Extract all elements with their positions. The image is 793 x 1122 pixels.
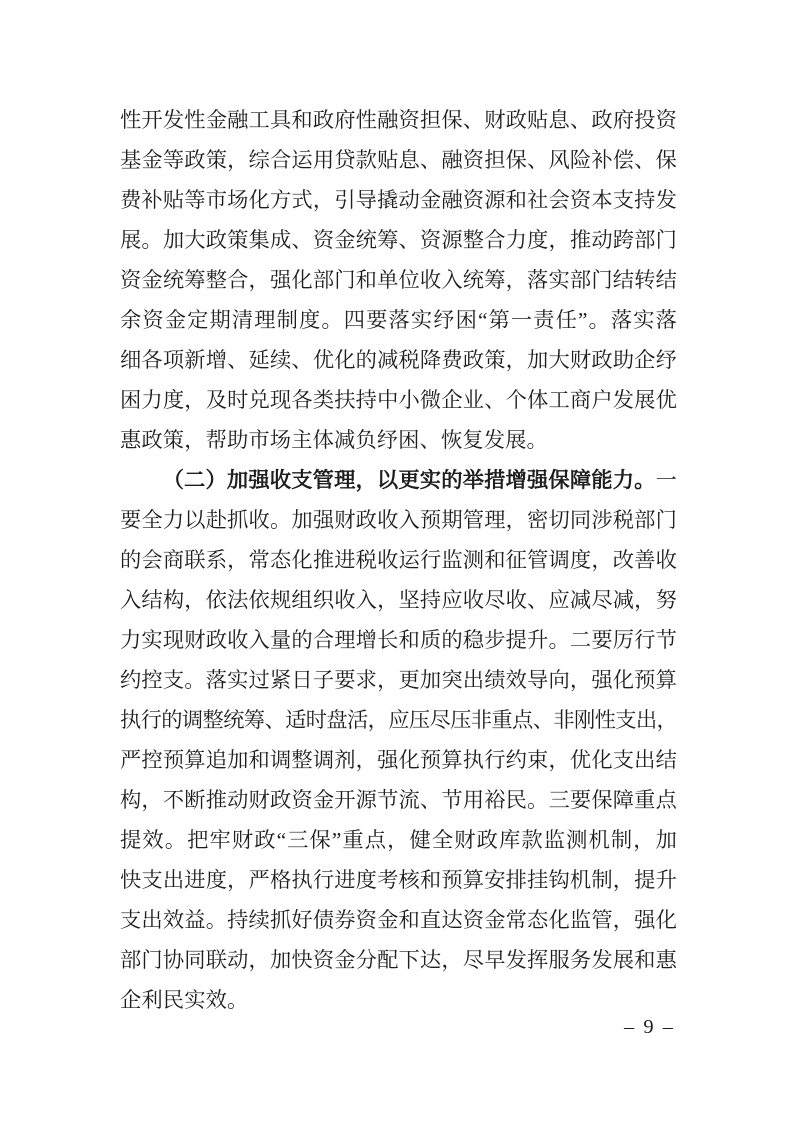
paragraph1-line: 困力度，及时兑现各类扶持中小微企业、个体工商户发展优 (120, 380, 677, 420)
paragraph2-line: 要全力以赴抓收。加强财政收入预期管理，密切同涉税部门 (120, 500, 677, 540)
paragraph1-line: 性开发性金融工具和政府性融资担保、财政贴息、政府投资 (120, 100, 677, 140)
section-heading-tail: 一 (656, 468, 677, 492)
paragraph1-line: 费补贴等市场化方式，引导撬动金融资源和社会资本支持发 (120, 180, 677, 220)
paragraph2-line: 力实现财政收入量的合理增长和质的稳步提升。二要厉行节 (120, 620, 677, 660)
page-number: – 9 – (624, 1015, 675, 1039)
paragraph1-line: 基金等政策，综合运用贷款贴息、融资担保、风险补偿、保 (120, 140, 677, 180)
paragraph1-line: 细各项新增、延续、优化的减税降费政策，加大财政助企纾 (120, 340, 677, 380)
section-heading-bold: （二）加强收支管理，以更实的举措增强保障能力。 (163, 468, 656, 492)
paragraph2-line: 部门协同联动，加快资金分配下达，尽早发挥服务发展和惠 (120, 940, 677, 980)
paragraph2-line: 构，不断推动财政资金开源节流、节用裕民。三要保障重点 (120, 780, 677, 820)
paragraph2-line: 入结构，依法依规组织收入，坚持应收尽收、应减尽减，努 (120, 580, 677, 620)
paragraph2-line: 快支出进度，严格执行进度考核和预算安排挂钩机制，提升 (120, 860, 677, 900)
paragraph2-line: 支出效益。持续抓好债券资金和直达资金常态化监管，强化 (120, 900, 677, 940)
paragraph2-line: 严控预算追加和调整调剂，强化预算执行约束，优化支出结 (120, 740, 677, 780)
paragraph1-last-line: 惠政策，帮助市场主体减负纾困、恢复发展。 (120, 420, 677, 460)
paragraph2-line: 约控支。落实过紧日子要求，更加突出绩效导向，强化预算 (120, 660, 677, 700)
paragraph2-line: 执行的调整统筹、适时盘活，应压尽压非重点、非刚性支出， (120, 700, 677, 740)
body-text-block: 性开发性金融工具和政府性融资担保、财政贴息、政府投资 基金等政策，综合运用贷款贴… (120, 100, 677, 1020)
paragraph1-line: 展。加大政策集成、资金统筹、资源整合力度，推动跨部门 (120, 220, 677, 260)
paragraph2-line: 的会商联系，常态化推进税收运行监测和征管调度，改善收 (120, 540, 677, 580)
paragraph1-line: 资金统筹整合，强化部门和单位收入统筹，落实部门结转结 (120, 260, 677, 300)
document-page: 性开发性金融工具和政府性融资担保、财政贴息、政府投资 基金等政策，综合运用贷款贴… (0, 0, 793, 1122)
paragraph2-last-line: 企利民实效。 (120, 980, 677, 1020)
paragraph2-line: 提效。把牢财政“三保”重点，健全财政库款监测机制，加 (120, 820, 677, 860)
paragraph2-heading-line: （二）加强收支管理，以更实的举措增强保障能力。一 (120, 460, 677, 500)
paragraph1-line: 余资金定期清理制度。四要落实纾困“第一责任”。落实落 (120, 300, 677, 340)
